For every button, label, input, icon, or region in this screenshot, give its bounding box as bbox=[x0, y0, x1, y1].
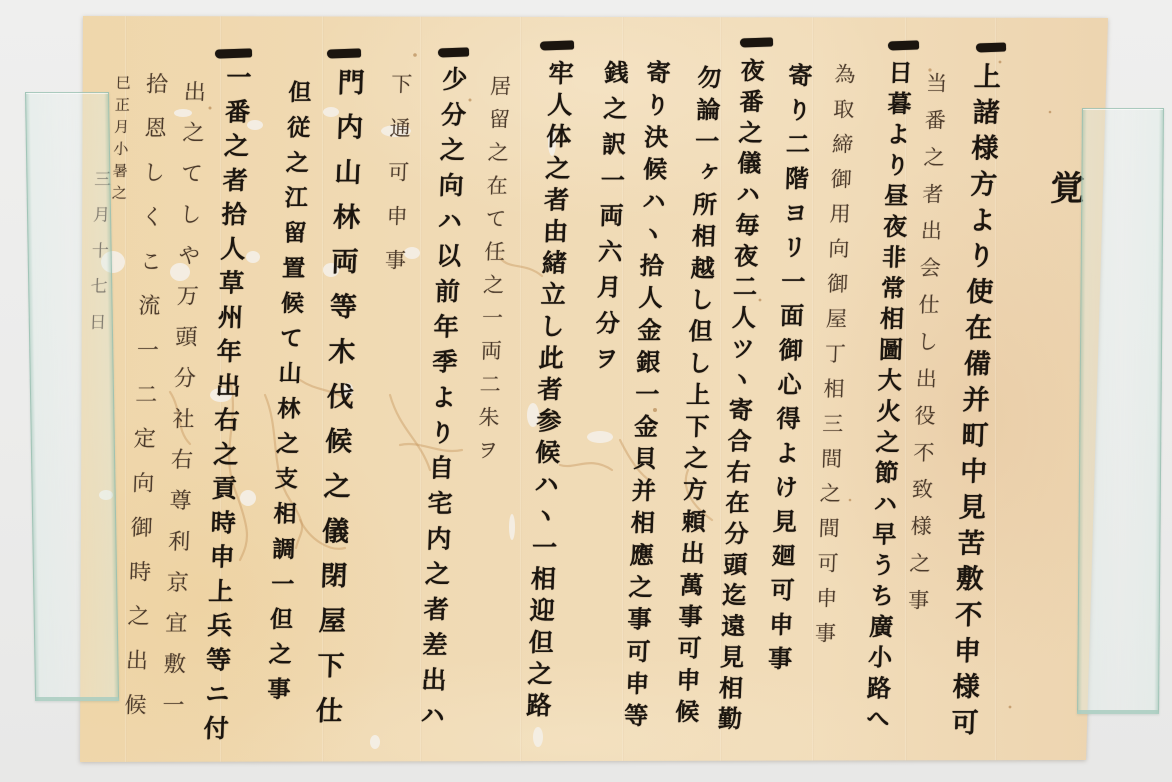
text-column: 一番之者拾人草州年出右之貢時申上兵等ニ付 bbox=[201, 64, 251, 740]
text-column: 夜番之儀ハ毎夜二人ツヽ寄合右在分頭迄遠見相勤 bbox=[714, 58, 762, 730]
text-column: 出之てしや万頭分社右尊利京宜敷一 bbox=[159, 80, 204, 715]
text-column: 居留之在て任之一両二朱ヲ bbox=[475, 75, 510, 460]
text-column: 少分之向ハ以前年季より自宅内之者差出ハ bbox=[417, 66, 466, 727]
text-column: 但従之江留置候て山林之支相調一但之事 bbox=[264, 80, 310, 700]
text-column: 当番之者出会仕し出役不致様之事 bbox=[905, 72, 946, 610]
text-column: 下通可申事 bbox=[382, 73, 411, 270]
document-title: 覚 bbox=[1044, 165, 1082, 209]
document-text: 覚 上諸様方より使在備并町中見苦敷不申様可 当番之者出会仕し出役不致様之事 日暮… bbox=[0, 0, 1172, 782]
text-column: 門内山林両等木伐候之儀閉屋下仕 bbox=[311, 68, 362, 723]
text-column: 勿論一ヶ所相越し但し上下之方頼出萬事可申候 bbox=[671, 65, 719, 723]
date-column: 巳正月小暑之 bbox=[110, 75, 130, 200]
glass-weight-right bbox=[1077, 108, 1164, 714]
glass-weight-left bbox=[25, 92, 119, 701]
text-column: 上諸様方より使在備并町中見苦敷不申様可 bbox=[947, 62, 999, 735]
text-column: 寄り二階ヨリ一面御心得よけ見廻可申事 bbox=[764, 63, 810, 670]
text-column: 銭之訳一両六月分ヲ bbox=[591, 60, 627, 370]
text-column: 為取締御用向御屋丁相三間之間可申事 bbox=[812, 63, 854, 643]
text-column: 寄り決候ハヽ拾人金銀一金貝并相應之事可申等 bbox=[620, 60, 668, 727]
text-column: 牢人体之者由緒立し此者参候ハヽ一相迎但之路 bbox=[524, 60, 573, 717]
text-column: 日暮より昼夜非常相圖大火之節ハ早うち廣小路へ bbox=[862, 60, 910, 730]
photo-scene: 一 一 一 一 一 一 一 覚 上諸様方より使在備并町中見苦敷不申様可 当番之者… bbox=[0, 0, 1172, 782]
